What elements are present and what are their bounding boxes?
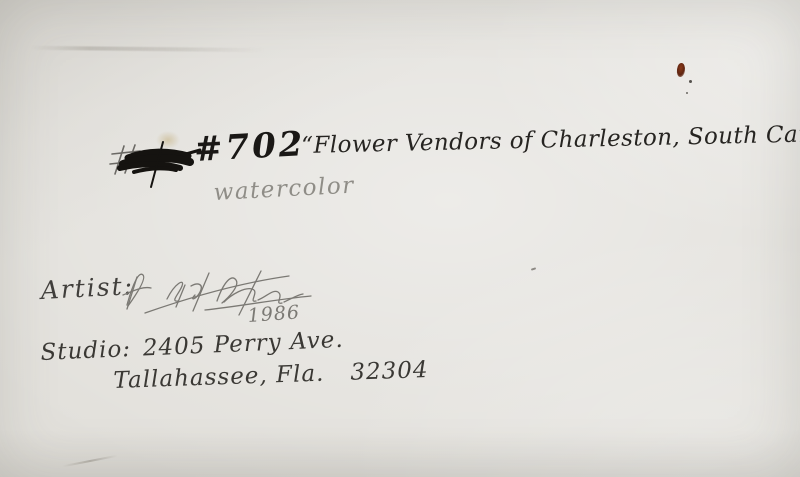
red-fleck	[676, 63, 686, 78]
ink-dot	[686, 92, 688, 94]
studio-zip: 32304	[350, 357, 429, 386]
studio-city: Tallahassee, Fla.	[113, 361, 325, 394]
studio-street: 2405 Perry Ave.	[142, 327, 344, 362]
pencil-scratch	[62, 455, 117, 467]
medium-label: watercolor	[213, 173, 355, 206]
artwork-back-photo: #702 “Flower Vendors of Charleston, Sout…	[0, 0, 800, 477]
ink-dot	[689, 80, 692, 83]
paper-crease	[30, 46, 265, 52]
inventory-number: #702	[193, 124, 306, 170]
studio-address-line1: Studio:2405 Perry Ave.	[40, 327, 344, 366]
pencil-speck	[531, 267, 536, 270]
studio-address-line2: Tallahassee, Fla.32304	[113, 357, 429, 394]
year-inscription: 1986	[247, 301, 301, 327]
artwork-title: “Flower Vendors of Charleston, South Car…	[301, 120, 800, 159]
studio-label: Studio:	[40, 336, 132, 366]
